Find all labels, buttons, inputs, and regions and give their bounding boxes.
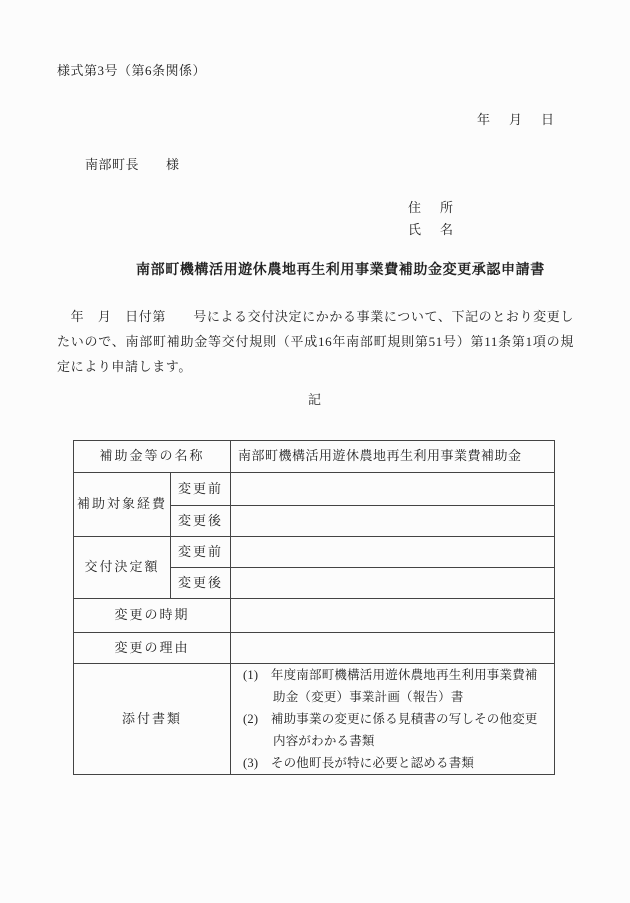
change-reason-value-cell — [231, 633, 555, 664]
row-grant-amount-before: 交付決定額 変更前 — [74, 537, 555, 568]
target-expense-label: 補助対象経費 — [74, 473, 171, 537]
subsidy-change-table: 補助金等の名称 南部町機構活用遊休農地再生利用事業費補助金 補助対象経費 変更前… — [73, 440, 555, 775]
addressee: 南部町長 様 — [85, 156, 180, 174]
attachments-label: 添付書類 — [74, 664, 231, 775]
row-subsidy-name: 補助金等の名称 南部町機構活用遊休農地再生利用事業費補助金 — [74, 441, 555, 473]
row-target-expense-before: 補助対象経費 変更前 — [74, 473, 555, 506]
target-expense-before-label: 変更前 — [171, 473, 231, 506]
target-expense-before-value-cell — [231, 473, 555, 506]
sender-name-label: 氏 名 — [408, 221, 456, 239]
change-reason-label: 変更の理由 — [74, 633, 231, 664]
grant-amount-before-label: 変更前 — [171, 537, 231, 568]
attachment-item-2: (2) 補助事業の変更に係る見積書の写しその他変更内容がわかる書類 — [243, 708, 550, 752]
change-timing-value-cell — [231, 599, 555, 633]
grant-amount-label: 交付決定額 — [74, 537, 171, 599]
attachment-item-1: (1) 年度南部町機構活用遊休農地再生利用事業費補助金（変更）事業計画（報告）書 — [243, 664, 550, 708]
record-marker: 記 — [0, 391, 630, 409]
change-timing-label: 変更の時期 — [74, 599, 231, 633]
subsidy-name-label: 補助金等の名称 — [74, 441, 231, 473]
row-attachments: 添付書類 (1) 年度南部町機構活用遊休農地再生利用事業費補助金（変更）事業計画… — [74, 664, 555, 775]
application-form-page: 様式第3号（第6条関係） 年 月 日 南部町長 様 住 所 氏 名 南部町機構活… — [0, 0, 630, 903]
target-expense-after-value-cell — [231, 506, 555, 537]
form-number: 様式第3号（第6条関係） — [57, 62, 206, 80]
grant-amount-after-label: 変更後 — [171, 568, 231, 599]
date-line: 年 月 日 — [477, 111, 557, 129]
grant-amount-after-value-cell — [231, 568, 555, 599]
body-paragraph: 年 月 日付第 号による交付決定にかかる事業について、下記のとおり変更したいので… — [57, 304, 574, 379]
row-change-timing: 変更の時期 — [74, 599, 555, 633]
attachment-item-3: (3) その他町長が特に必要と認める書類 — [243, 752, 550, 774]
row-change-reason: 変更の理由 — [74, 633, 555, 664]
document-title: 南部町機構活用遊休農地再生利用事業費補助金変更承認申請書 — [136, 261, 545, 281]
attachments-list: (1) 年度南部町機構活用遊休農地再生利用事業費補助金（変更）事業計画（報告）書… — [231, 664, 555, 775]
grant-amount-before-value-cell — [231, 537, 555, 568]
subsidy-name-value: 南部町機構活用遊休農地再生利用事業費補助金 — [231, 441, 555, 473]
target-expense-after-label: 変更後 — [171, 506, 231, 537]
sender-address-label: 住 所 — [408, 199, 456, 217]
